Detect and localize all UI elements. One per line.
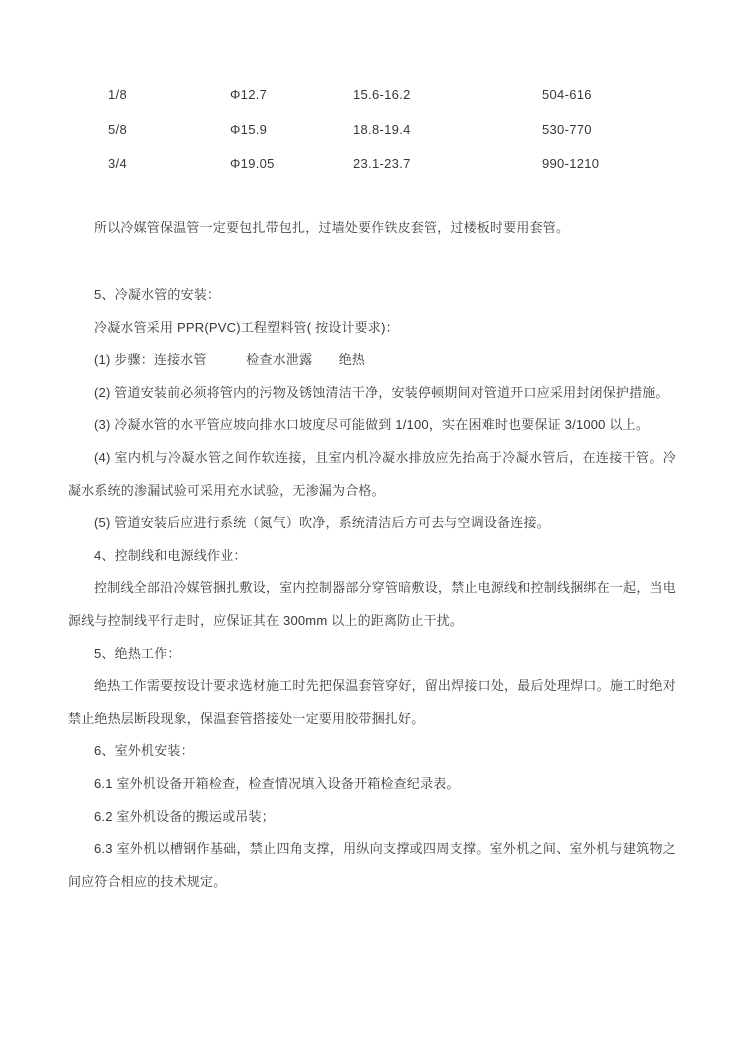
list-item-outdoor-6-3: 6.3 室外机以槽钢作基础，禁止四角支撑，用纵向支撑或四周支撑。室外机之间、室外… bbox=[68, 833, 676, 898]
list-item-step-5: (5) 管道安装后应进行系统（氮气）吹净，系统清洁后方可去与空调设备连接。 bbox=[68, 507, 676, 540]
list-item-step-2: (2) 管道安装前必须将管内的污物及锈蚀清洁干净，安装停顿期间对管道开口应采用封… bbox=[68, 377, 676, 410]
table-row: 1/8 Φ12.7 15.6-16.2 504-616 bbox=[68, 78, 676, 113]
section-heading-outdoor-unit: 6、室外机安装： bbox=[68, 735, 676, 768]
list-item-outdoor-6-1: 6.1 室外机设备开箱检查，检查情况填入设备开箱检查纪录表。 bbox=[68, 768, 676, 801]
table-cell: 5/8 bbox=[108, 113, 230, 148]
paragraph-pipe-material: 冷凝水管采用 PPR(PVC)工程塑料管( 按设计要求)： bbox=[68, 312, 676, 345]
table-cell: 18.8-19.4 bbox=[353, 113, 542, 148]
section-heading-condensate-pipe: 5、冷凝水管的安装： bbox=[68, 279, 676, 312]
section-heading-control-wiring: 4、控制线和电源线作业： bbox=[68, 540, 676, 573]
table-cell: 504-616 bbox=[542, 78, 676, 113]
table-cell: 990-1210 bbox=[542, 147, 676, 182]
table-cell: 23.1-23.7 bbox=[353, 147, 542, 182]
list-item-step-1: (1) 步骤：连接水管 检查水泄露 绝热 bbox=[68, 344, 676, 377]
paragraph-insulation: 绝热工作需要按设计要求选材施工时先把保温套管穿好，留出焊接口处，最后处理焊口。施… bbox=[68, 670, 676, 735]
table-cell: Φ15.9 bbox=[230, 113, 353, 148]
list-item-step-4: (4) 室内机与冷凝水管之间作软连接，且室内机冷凝水排放应先抬高于冷凝水管后，在… bbox=[68, 442, 676, 507]
table-cell: 15.6-16.2 bbox=[353, 78, 542, 113]
table-cell: 1/8 bbox=[108, 78, 230, 113]
section-heading-insulation: 5、绝热工作： bbox=[68, 638, 676, 671]
document-page: 1/8 Φ12.7 15.6-16.2 504-616 5/8 Φ15.9 18… bbox=[0, 0, 744, 1052]
pipe-spec-table: 1/8 Φ12.7 15.6-16.2 504-616 5/8 Φ15.9 18… bbox=[68, 78, 676, 182]
table-cell: Φ19.05 bbox=[230, 147, 353, 182]
table-cell: 530-770 bbox=[542, 113, 676, 148]
table-row: 3/4 Φ19.05 23.1-23.7 990-1210 bbox=[68, 147, 676, 182]
paragraph-control-wiring: 控制线全部沿冷媒管捆扎敷设，室内控制器部分穿管暗敷设，禁止电源线和控制线捆绑在一… bbox=[68, 572, 676, 637]
list-item-step-3: (3) 冷凝水管的水平管应坡向排水口坡度尽可能做到 1/100，实在困难时也要保… bbox=[68, 409, 676, 442]
table-row: 5/8 Φ15.9 18.8-19.4 530-770 bbox=[68, 113, 676, 148]
paragraph-wrapping-note: 所以冷媒管保温管一定要包扎带包扎，过墙处要作铁皮套管，过楼板时要用套管。 bbox=[68, 212, 676, 245]
list-item-outdoor-6-2: 6.2 室外机设备的搬运或吊装； bbox=[68, 801, 676, 834]
table-cell: Φ12.7 bbox=[230, 78, 353, 113]
table-cell: 3/4 bbox=[108, 147, 230, 182]
